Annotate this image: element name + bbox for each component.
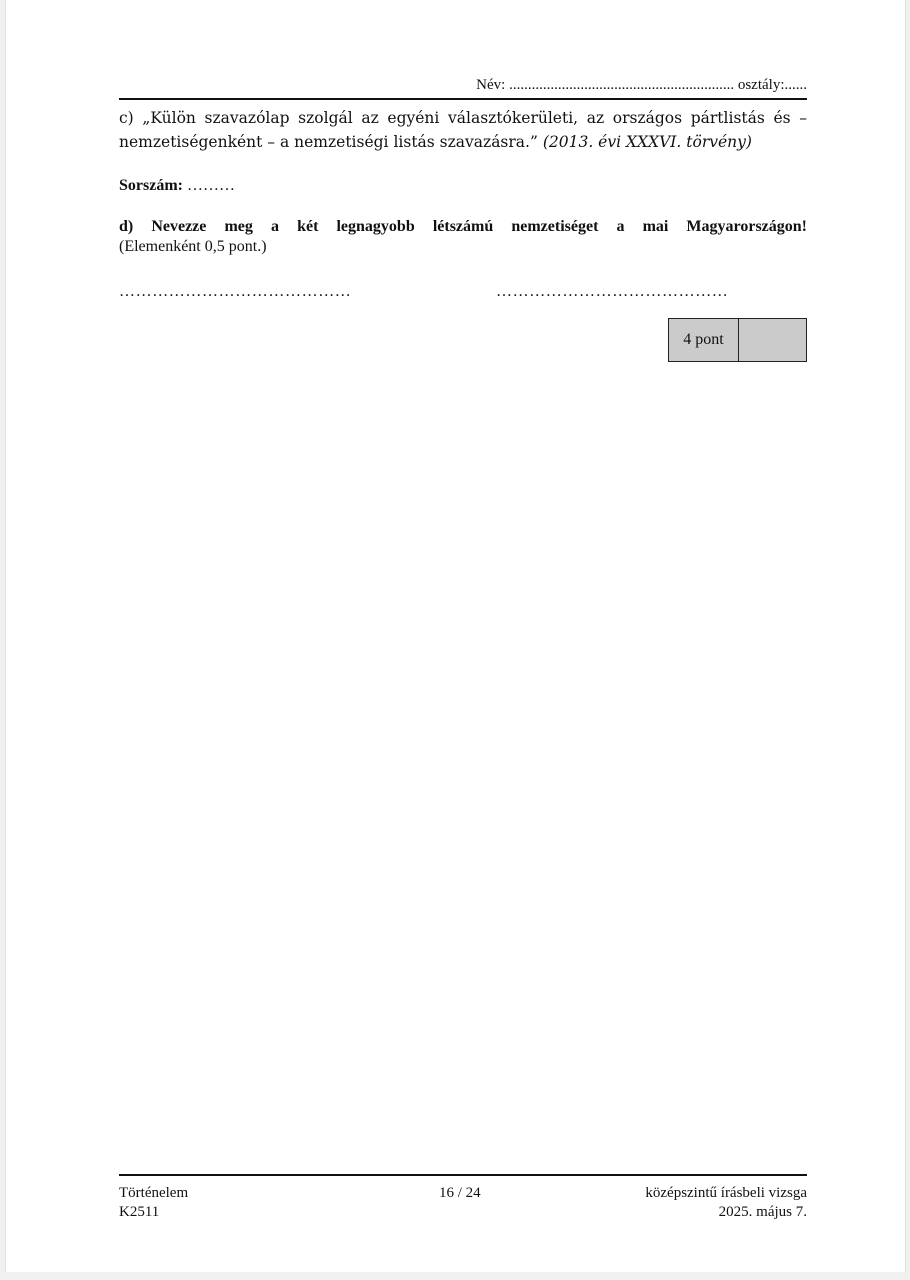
page-footer: Történelem K2511 16 / 24 középszintű írá… [119,1184,807,1224]
page-header: Név: ...................................… [119,75,807,95]
question-d-answers: …………………………………… …………………………………… [119,282,807,302]
footer-divider [119,1174,807,1176]
question-d-text: d) Nevezze meg a két legnagyobb létszámú… [119,217,807,237]
header-divider [119,98,807,100]
max-points-cell: 4 pont [669,319,739,361]
footer-code: K2511 [119,1203,188,1222]
footer-page-number: 16 / 24 [439,1184,481,1203]
name-label: Név: [476,77,505,93]
question-c-label: c) [119,109,134,127]
exam-page: Név: ...................................… [5,0,906,1272]
question-c: c) „Külön szavazólap szolgál az egyéni v… [119,106,807,154]
footer-exam-level: középszintű írásbeli vizsga [645,1184,807,1203]
question-d-note: (Elemenként 0,5 pont.) [119,237,807,257]
answer-field-2[interactable]: …………………………………… [496,282,728,302]
question-c-source: (2013. évi XXXVI. törvény) [543,133,752,151]
earned-points-cell[interactable] [739,319,806,361]
score-box: 4 pont [668,318,807,362]
name-field[interactable]: ........................................… [509,77,734,93]
sorszam-row: Sorszám: ……… [119,176,807,196]
sorszam-answer-field[interactable]: ……… [187,177,235,194]
class-field[interactable]: osztály:...... [738,77,807,93]
footer-date: 2025. május 7. [645,1203,807,1222]
answer-field-1[interactable]: …………………………………… [119,282,351,302]
sorszam-label: Sorszám: [119,177,183,194]
footer-subject: Történelem [119,1184,188,1203]
question-d: d) Nevezze meg a két legnagyobb létszámú… [119,217,807,257]
